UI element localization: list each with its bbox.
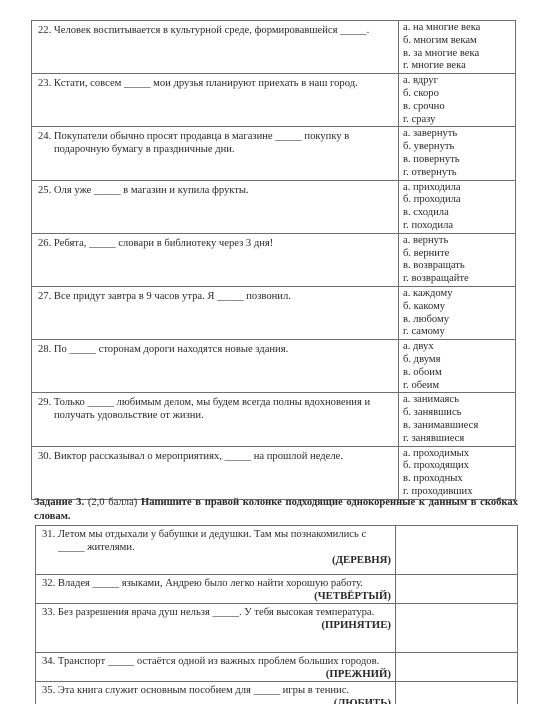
sentence-cell: 32. Владея _____ языками, Андрею было ле… xyxy=(36,575,396,604)
answer-option[interactable]: а. вернуть xyxy=(403,235,511,248)
answer-cell[interactable] xyxy=(396,604,518,653)
root-word-cue: (ПРИНЯТИЕ) xyxy=(42,619,391,631)
root-word-cue: (ДЕРЕВНЯ) xyxy=(42,554,391,566)
word-formation-row: 34. Транспорт _____ остаётся одной из ва… xyxy=(36,653,518,682)
sentence-cell: 35. Эта книга служит основным пособием д… xyxy=(36,682,396,704)
answer-option[interactable]: в. обоим xyxy=(403,367,511,380)
answer-option[interactable]: г. занявшиеся xyxy=(403,433,511,446)
root-word-cue: (ЛЮБИТЬ) xyxy=(42,697,391,704)
answer-option[interactable]: г. возвращайте xyxy=(403,273,511,286)
answer-option[interactable]: г. обеим xyxy=(403,380,511,393)
answer-option[interactable]: в. за многие века xyxy=(403,48,511,61)
root-word-cue: (ПРЕЖНИЙ) xyxy=(42,668,391,680)
question-text: 30. Виктор рассказывал о мероприятиях, _… xyxy=(38,450,392,463)
sentence-cell: 33. Без разрешения врача душ нельзя ____… xyxy=(36,604,396,653)
options-cell: а. проходимыхб. проходящихв. проходныхг.… xyxy=(399,446,516,499)
word-formation-row: 31. Летом мы отдыхали у бабушки и дедушк… xyxy=(36,526,518,575)
answer-option[interactable]: в. занимавшиеся xyxy=(403,420,511,433)
answer-option[interactable]: а. каждому xyxy=(403,288,511,301)
sentence-cell: 31. Летом мы отдыхали у бабушки и дедушк… xyxy=(36,526,396,575)
multiple-choice-table: 22. Человек воспитывается в культурной с… xyxy=(31,20,516,500)
answer-cell[interactable] xyxy=(396,575,518,604)
answer-cell[interactable] xyxy=(396,526,518,575)
question-text: 26. Ребята, _____ словари в библиотеку ч… xyxy=(38,237,392,250)
task3-points: (2,0 балла) xyxy=(88,497,137,508)
question-row: 26. Ребята, _____ словари в библиотеку ч… xyxy=(32,233,516,286)
answer-option[interactable]: б. проходящих xyxy=(403,460,511,473)
sentence-text: 33. Без разрешения врача душ нельзя ____… xyxy=(42,606,391,619)
answer-option[interactable]: г. походила xyxy=(403,220,511,233)
question-cell: 23. Кстати, совсем _____ мои друзья план… xyxy=(32,74,399,127)
word-formation-row: 35. Эта книга служит основным пособием д… xyxy=(36,682,518,704)
answer-option[interactable]: в. проходных xyxy=(403,473,511,486)
answer-option[interactable]: а. завернуть xyxy=(403,128,511,141)
question-cell: 26. Ребята, _____ словари в библиотеку ч… xyxy=(32,233,399,286)
options-cell: а. вернутьб. вернитев. возвращатьг. возв… xyxy=(399,233,516,286)
sentence-text: 32. Владея _____ языками, Андрею было ле… xyxy=(42,577,391,590)
question-cell: 30. Виктор рассказывал о мероприятиях, _… xyxy=(32,446,399,499)
word-formation-table: 31. Летом мы отдыхали у бабушки и дедушк… xyxy=(35,525,518,704)
sentence-text: 35. Эта книга служит основным пособием д… xyxy=(42,684,391,697)
question-row: 28. По _____ сторонам дороги находятся н… xyxy=(32,340,516,393)
answer-option[interactable]: б. двумя xyxy=(403,354,511,367)
sentence-text: 34. Транспорт _____ остаётся одной из ва… xyxy=(42,655,391,668)
answer-option[interactable]: г. отвернуть xyxy=(403,167,511,180)
answer-option[interactable]: б. какому xyxy=(403,301,511,314)
root-word-cue: (ЧЕТВЁРТЫЙ) xyxy=(42,590,391,602)
answer-cell[interactable] xyxy=(396,653,518,682)
answer-option[interactable]: г. самому xyxy=(403,326,511,339)
question-cell: 29. Только _____ любимым делом, мы будем… xyxy=(32,393,399,446)
question-row: 30. Виктор рассказывал о мероприятиях, _… xyxy=(32,446,516,499)
answer-option[interactable]: г. сразу xyxy=(403,114,511,127)
answer-cell[interactable] xyxy=(396,682,518,704)
question-text: 25. Оля уже _____ в магазин и купила фру… xyxy=(38,184,392,197)
answer-option[interactable]: б. верните xyxy=(403,248,511,261)
question-text: 22. Человек воспитывается в культурной с… xyxy=(38,24,392,37)
question-row: 29. Только _____ любимым делом, мы будем… xyxy=(32,393,516,446)
answer-option[interactable]: в. любому xyxy=(403,314,511,327)
answer-option[interactable]: а. приходила xyxy=(403,182,511,195)
answer-option[interactable]: б. проходила xyxy=(403,194,511,207)
options-cell: а. двухб. двумяв. обоимг. обеим xyxy=(399,340,516,393)
answer-option[interactable]: б. занявшись xyxy=(403,407,511,420)
question-text: 28. По _____ сторонам дороги находятся н… xyxy=(38,343,392,356)
sentence-text: 31. Летом мы отдыхали у бабушки и дедушк… xyxy=(42,528,391,554)
answer-option[interactable]: б. многим векам xyxy=(403,35,511,48)
question-row: 25. Оля уже _____ в магазин и купила фру… xyxy=(32,180,516,233)
answer-option[interactable]: г. многие века xyxy=(403,60,511,73)
question-row: 27. Все придут завтра в 9 часов утра. Я … xyxy=(32,286,516,339)
answer-option[interactable]: в. возвращать xyxy=(403,260,511,273)
worksheet-page: 22. Человек воспитывается в культурной с… xyxy=(0,0,538,704)
question-cell: 27. Все придут завтра в 9 часов утра. Я … xyxy=(32,286,399,339)
answer-option[interactable]: а. проходимых xyxy=(403,448,511,461)
answer-option[interactable]: б. скоро xyxy=(403,88,511,101)
answer-option[interactable]: а. на многие века xyxy=(403,22,511,35)
sentence-cell: 34. Транспорт _____ остаётся одной из ва… xyxy=(36,653,396,682)
options-cell: а. приходилаб. проходилав. сходилаг. пох… xyxy=(399,180,516,233)
question-row: 23. Кстати, совсем _____ мои друзья план… xyxy=(32,74,516,127)
answer-option[interactable]: в. повернуть xyxy=(403,154,511,167)
question-text: 29. Только _____ любимым делом, мы будем… xyxy=(38,396,392,422)
answer-option[interactable]: а. занимаясь xyxy=(403,394,511,407)
question-cell: 24. Покупатели обычно просят продавца в … xyxy=(32,127,399,180)
task3-heading: Задание 3. (2,0 балла) Напишите в правой… xyxy=(34,496,518,523)
options-cell: а. каждомуб. какомув. любомуг. самому xyxy=(399,286,516,339)
question-text: 23. Кстати, совсем _____ мои друзья план… xyxy=(38,77,392,90)
answer-option[interactable]: а. вдруг xyxy=(403,75,511,88)
question-row: 22. Человек воспитывается в культурной с… xyxy=(32,21,516,74)
answer-option[interactable]: в. срочно xyxy=(403,101,511,114)
answer-option[interactable]: б. увернуть xyxy=(403,141,511,154)
question-text: 24. Покупатели обычно просят продавца в … xyxy=(38,130,392,156)
question-cell: 22. Человек воспитывается в культурной с… xyxy=(32,21,399,74)
word-formation-row: 32. Владея _____ языками, Андрею было ле… xyxy=(36,575,518,604)
answer-option[interactable]: а. двух xyxy=(403,341,511,354)
answer-option[interactable]: в. сходила xyxy=(403,207,511,220)
question-cell: 28. По _____ сторонам дороги находятся н… xyxy=(32,340,399,393)
question-row: 24. Покупатели обычно просят продавца в … xyxy=(32,127,516,180)
question-cell: 25. Оля уже _____ в магазин и купила фру… xyxy=(32,180,399,233)
task3-label: Задание 3. xyxy=(34,497,84,508)
options-cell: а. вдругб. скоров. срочног. сразу xyxy=(399,74,516,127)
word-formation-row: 33. Без разрешения врача душ нельзя ____… xyxy=(36,604,518,653)
options-cell: а. на многие векаб. многим векамв. за мн… xyxy=(399,21,516,74)
question-text: 27. Все придут завтра в 9 часов утра. Я … xyxy=(38,290,392,303)
options-cell: а. завернутьб. увернутьв. повернутьг. от… xyxy=(399,127,516,180)
options-cell: а. занимаясьб. занявшисьв. занимавшиесяг… xyxy=(399,393,516,446)
